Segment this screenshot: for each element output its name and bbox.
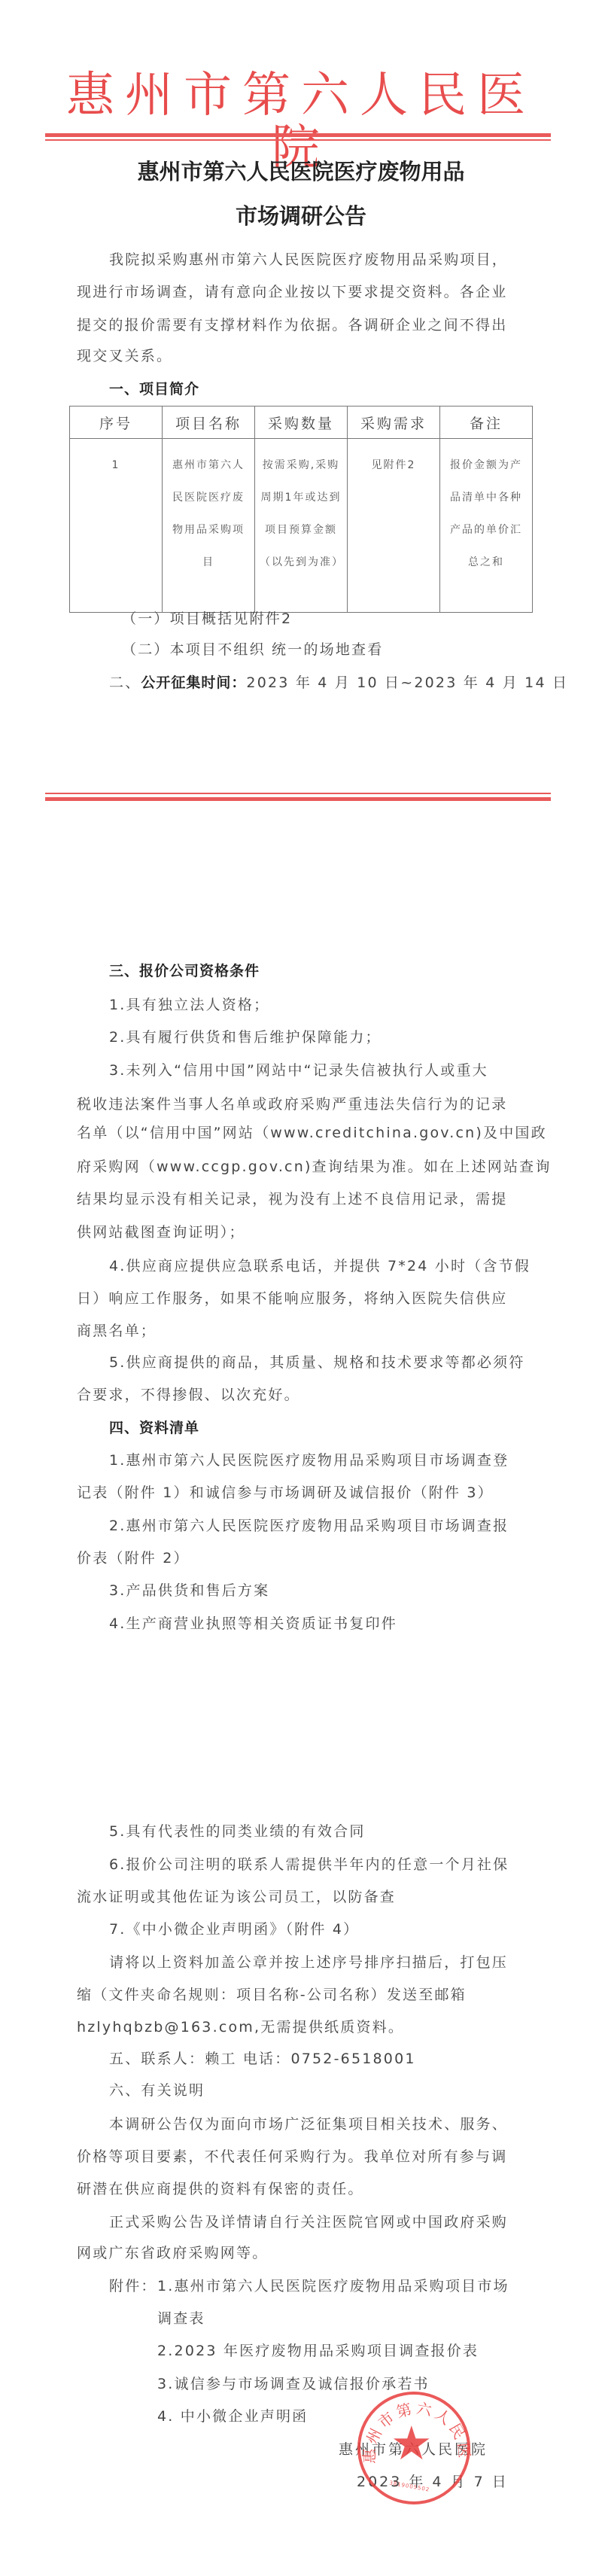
notes-line: 网或广东省政府采购网等。 xyxy=(77,2243,268,2263)
project-intro-table: 序号 项目名称 采购数量 采购需求 备注 1 惠州市第六人民医院医疗废物用品采购… xyxy=(69,406,533,613)
collection-period-value: 2023 年 4 月 10 日~2023 年 4 月 14 日 xyxy=(246,674,568,691)
document-list-line: 6.报价公司注明的联系人需提供半年内的任意一个月社保 xyxy=(109,1855,509,1874)
qualification-line: 3.未列入“信用中国”网站中“记录失信被执行人或重大 xyxy=(109,1061,488,1080)
attachment-item: 3.诚信参与市场调查及诚信报价承若书 xyxy=(157,2374,430,2394)
document-list-line: 7.《中小微企业声明函》（附件 4） xyxy=(109,1920,359,1939)
collection-period: 二、公开征集时间：2023 年 4 月 10 日~2023 年 4 月 14 日 xyxy=(109,673,568,693)
contact-line: 五、联系人：赖工 电话：0752-6518001 xyxy=(109,2049,416,2069)
qualification-line: 结果均显示没有相关记录，视为没有上述不良信用记录，需提 xyxy=(77,1189,507,1209)
qualification-line: 商黑名单； xyxy=(77,1321,157,1341)
page-footer-divider-thin xyxy=(45,793,551,794)
table-row: 1 惠州市第六人民医院医疗废物用品采购项目 按需采购,采购周期1年或达到项目预算… xyxy=(70,439,533,613)
official-seal: 惠州市第六人民医院 ★ 3819005502 xyxy=(357,2392,470,2504)
intro-paragraph-line: 现进行市场调查，请有意向企业按以下要求提交资料。各企业 xyxy=(77,282,507,302)
table-header-cell: 备注 xyxy=(440,406,533,439)
page-footer-divider-thick xyxy=(45,797,551,801)
intro-paragraph-line: 提交的报价需要有支撑材料作为依据。各调研企业之间不得出 xyxy=(77,315,507,335)
document-list-line: 5.具有代表性的同类业绩的有效合同 xyxy=(109,1822,366,1841)
cell-remark: 报价金额为产品清单中各种产品的单价汇总之和 xyxy=(440,439,533,613)
document-title-line2: 市场调研公告 xyxy=(0,202,602,230)
section-heading-qualifications: 三、报价公司资格条件 xyxy=(109,961,260,981)
document-list-line: 1.惠州市第六人民医院医疗废物用品采购项目市场调查登 xyxy=(109,1451,509,1470)
section2-label: 二、 xyxy=(109,674,141,691)
document-list-line: 记表（附件 1）和诚信参与市场调研及诚信报价（附件 3） xyxy=(77,1483,494,1503)
attachment-item: 2.2023 年医疗废物用品采购项目调查报价表 xyxy=(157,2341,479,2361)
qualification-line: 2.具有履行供货和售后维护保障能力； xyxy=(109,1028,382,1047)
document-list-line: 价表（附件 2） xyxy=(77,1548,190,1568)
qualification-line: 4.供应商应提供应急联系电话，并提供 7*24 小时（含节假 xyxy=(109,1256,531,1276)
project-note: （一）项目概括见附件2 xyxy=(122,609,292,629)
qualification-line: 税收违法案件当事人名单或政府采购严重违法失信行为的记录 xyxy=(77,1095,507,1114)
masthead-divider-thick xyxy=(45,133,551,137)
qualification-line: 府采购网（www.ccgp.gov.cn)查询结果为准。如在上述网站查询 xyxy=(77,1157,552,1177)
document-list-line: 3.产品供货和售后方案 xyxy=(109,1581,269,1600)
qualification-line: 1.具有独立法人资格； xyxy=(109,995,269,1015)
masthead-divider-thin xyxy=(45,139,551,141)
attachment-item: 4. 中小微企业声明函 xyxy=(157,2407,308,2426)
table-header-cell: 采购数量 xyxy=(255,406,348,439)
document-list-line: 2.惠州市第六人民医院医疗废物用品采购项目市场调查报 xyxy=(109,1516,509,1536)
qualification-line: 日）响应工作服务，如果不能响应服务，将纳入医院失信供应 xyxy=(77,1289,507,1308)
section2-heading: 公开征集时间： xyxy=(141,674,246,691)
table-header-cell: 序号 xyxy=(70,406,163,439)
table-header-cell: 项目名称 xyxy=(163,406,255,439)
submission-instruction-line: 请将以上资料加盖公章并按上述序号排序扫描后，打包压 xyxy=(109,1953,508,1972)
section-heading-document-list: 四、资料清单 xyxy=(109,1418,199,1438)
qualification-line: 5.供应商提供的商品，其质量、规格和技术要求等都必须符 xyxy=(109,1353,525,1372)
intro-paragraph-line: 现交叉关系。 xyxy=(77,346,172,366)
section-heading-project-intro: 一、项目简介 xyxy=(109,379,199,399)
table-header-cell: 采购需求 xyxy=(348,406,440,439)
submission-instruction-line: 缩（文件夹命名规则：项目名称-公司名称）发送至邮箱 xyxy=(77,1985,467,2005)
qualification-line: 合要求，不得掺假、以次充好。 xyxy=(77,1385,300,1405)
section-heading-notes: 六、有关说明 xyxy=(109,2081,205,2100)
qualification-line: 名单（以“信用中国”网站（www.creditchina.gov.cn)及中国政 xyxy=(77,1123,547,1143)
attachment-item: 1.惠州市第六人民医院医疗废物用品采购项目市场 xyxy=(157,2276,509,2296)
document-title-line1: 惠州市第六人民医院医疗废物用品 xyxy=(0,158,602,185)
document-list-line: 流水证明或其他佐证为该公司员工，以防备查 xyxy=(77,1887,396,1907)
qualification-line: 供网站截图查询证明）； xyxy=(77,1223,245,1242)
intro-paragraph-line: 我院拟采购惠州市第六人民医院医疗废物用品采购项目， xyxy=(109,250,508,269)
notes-line: 研潜在供应商提供的资料有保密的责任。 xyxy=(77,2179,364,2199)
notes-line: 本调研公告仅为面向市场广泛征集项目相关技术、服务、 xyxy=(109,2115,508,2134)
seal-star-icon: ★ xyxy=(391,2420,433,2467)
cell-requirement: 见附件2 xyxy=(348,439,440,613)
attachments-label: 附件： xyxy=(109,2276,157,2296)
cell-project-name: 惠州市第六人民医院医疗废物用品采购项目 xyxy=(163,439,255,613)
table-header-row: 序号 项目名称 采购数量 采购需求 备注 xyxy=(70,406,533,439)
attachment-item: 调查表 xyxy=(157,2309,205,2328)
notes-line: 价格等项目要素，不代表任何采购行为。我单位对所有参与调 xyxy=(77,2147,507,2166)
cell-quantity: 按需采购,采购周期1年或达到项目预算金额（以先到为准） xyxy=(255,439,348,613)
submission-email-line: hzlyhqbzb@163.com,无需提供纸质资料。 xyxy=(77,2017,404,2037)
document-list-line: 4.生产商营业执照等相关资质证书复印件 xyxy=(109,1614,397,1634)
project-note: （二）本项目不组织 统一的场地查看 xyxy=(122,640,383,659)
cell-no: 1 xyxy=(70,439,163,613)
notes-line: 正式采购公告及详情请自行关注医院官网或中国政府采购 xyxy=(109,2212,508,2232)
